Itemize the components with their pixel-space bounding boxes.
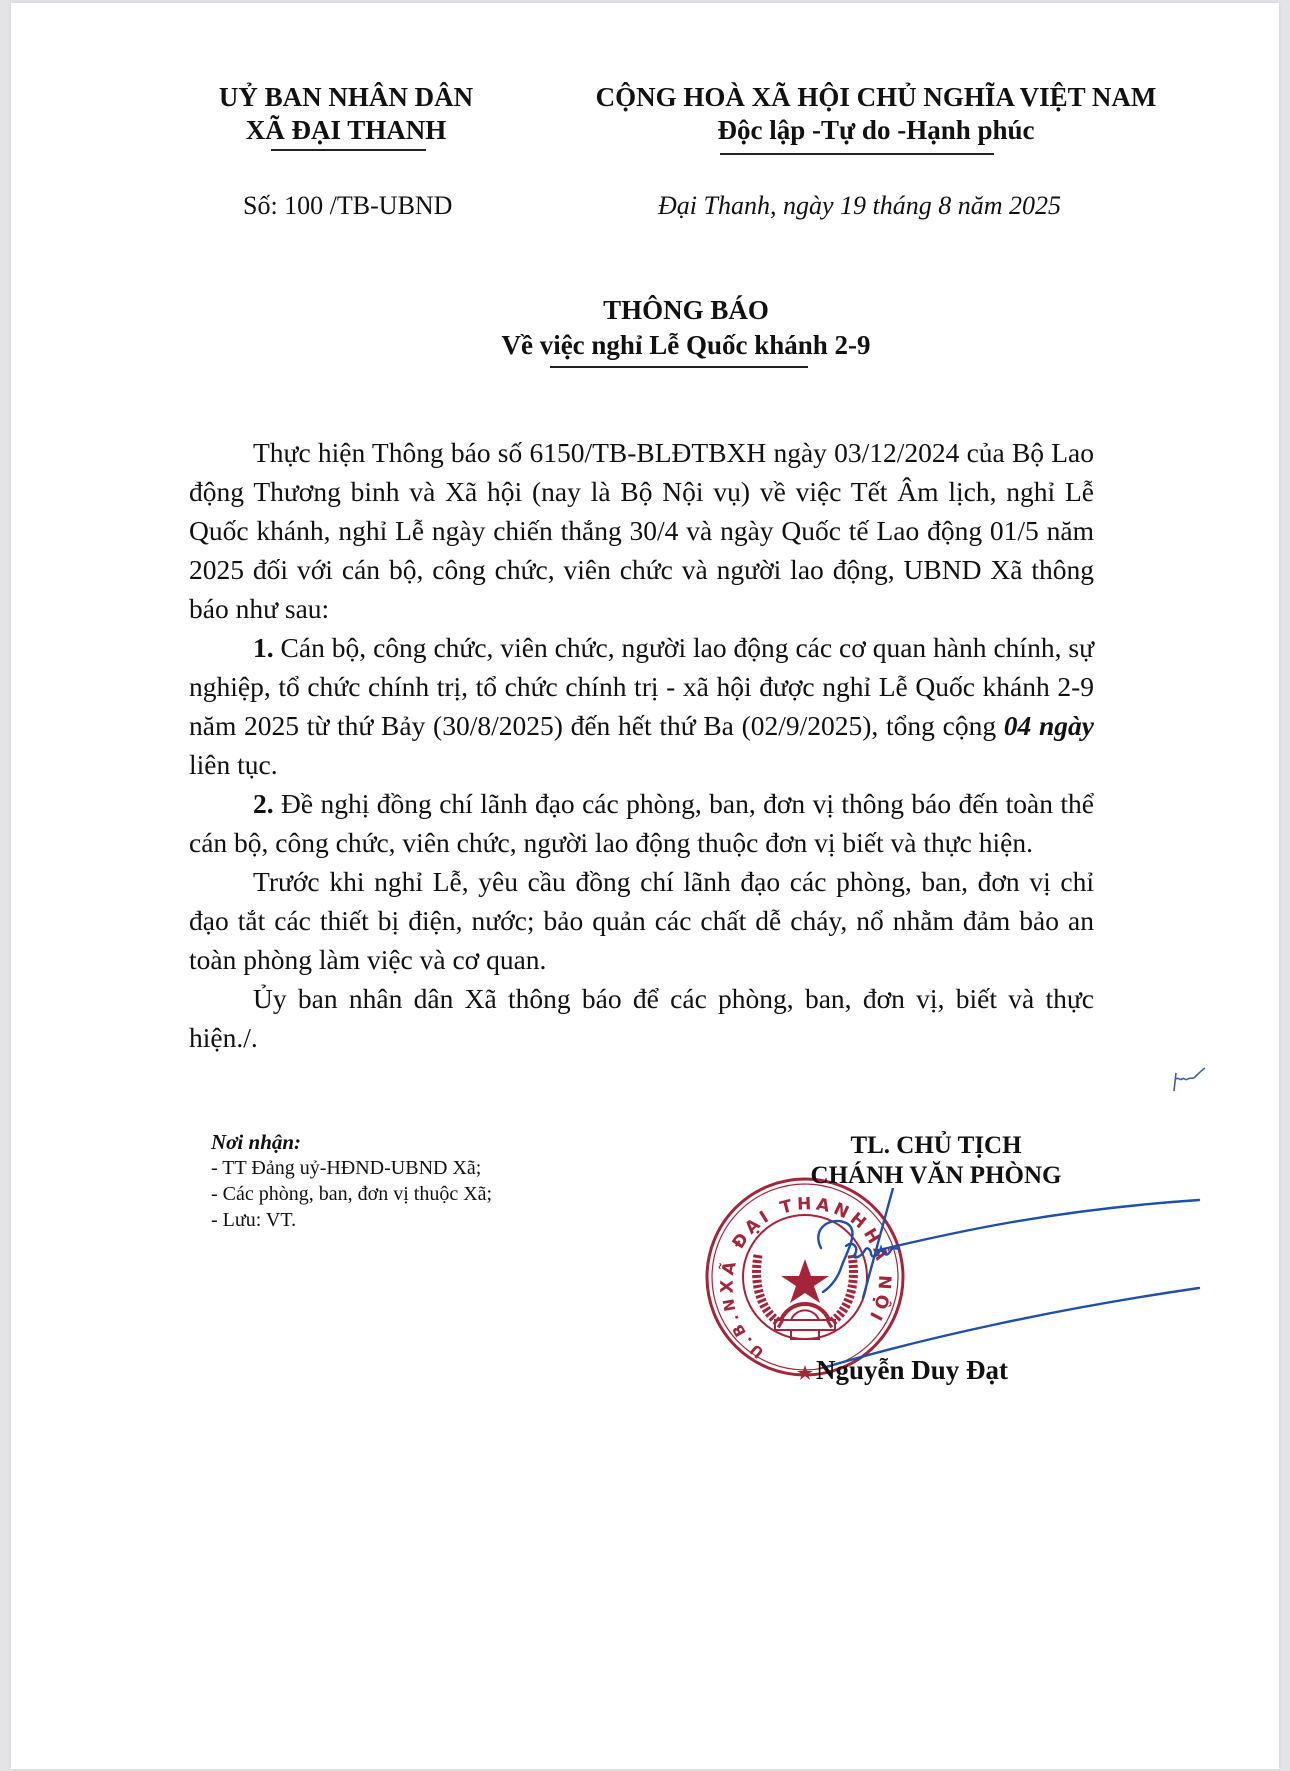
motto-line: Độc lập -Tự do -Hạnh phúc <box>556 114 1196 147</box>
item-2-text: Đề nghị đồng chí lãnh đạo các phòng, ban… <box>189 788 1094 858</box>
title-underline <box>550 366 808 368</box>
place-date: Đại Thanh, ngày 19 tháng 8 năm 2025 <box>658 191 1061 221</box>
item-1-emphasis: 04 ngày <box>1004 710 1094 741</box>
document-number: Số: 100 /TB-UBND <box>243 191 452 221</box>
recipients-heading: Nơi nhận: <box>211 1129 492 1155</box>
recipient-item: - Các phòng, ban, đơn vị thuộc Xã; <box>211 1181 492 1207</box>
national-motto: CỘNG HOÀ XÃ HỘI CHỦ NGHĨA VIỆT NAM Độc l… <box>556 81 1196 147</box>
national-title: CỘNG HOÀ XÃ HỘI CHỦ NGHĨA VIỆT NAM <box>556 81 1196 114</box>
closing-paragraph: Ủy ban nhân dân Xã thông báo để các phòn… <box>189 979 1094 1057</box>
item-1-paragraph: 1. Cán bộ, công chức, viên chức, người l… <box>189 628 1094 784</box>
item-2-number: 2. <box>253 788 274 819</box>
handwritten-signature-icon <box>801 1188 1201 1368</box>
title-subject: Về việc nghỉ Lễ Quốc khánh 2-9 <box>341 328 1031 363</box>
recipients-block: Nơi nhận: - TT Đảng uỷ-HĐND-UBND Xã; - C… <box>211 1129 492 1233</box>
item-2-paragraph: 2. Đề nghị đồng chí lãnh đạo các phòng, … <box>189 784 1094 862</box>
title-line1: THÔNG BÁO <box>341 293 1031 328</box>
document-title: THÔNG BÁO Về việc nghỉ Lễ Quốc khánh 2-9 <box>341 293 1031 363</box>
document-page: UỶ BAN NHÂN DÂN XÃ ĐẠI THANH Số: 100 /TB… <box>11 3 1279 1769</box>
motto-underline <box>720 153 994 155</box>
safety-paragraph: Trước khi nghỉ Lễ, yêu cầu đồng chí lãnh… <box>189 862 1094 979</box>
intro-paragraph: Thực hiện Thông báo số 6150/TB-BLĐTBXH n… <box>189 433 1094 628</box>
authority-underline <box>271 149 426 151</box>
item-1-tail: liên tục. <box>189 749 278 780</box>
recipient-item: - TT Đảng uỷ-HĐND-UBND Xã; <box>211 1155 492 1181</box>
signatory-title-2: CHÁNH VĂN PHÒNG <box>771 1161 1101 1191</box>
signature-block: TL. CHỦ TỊCH CHÁNH VĂN PHÒNG <box>771 1131 1101 1191</box>
recipient-item: - Lưu: VT. <box>211 1207 492 1233</box>
issuing-authority: UỶ BAN NHÂN DÂN XÃ ĐẠI THANH <box>181 81 511 147</box>
initial-mark-icon <box>1171 1065 1207 1095</box>
item-1-number: 1. <box>253 632 274 663</box>
document-body: Thực hiện Thông báo số 6150/TB-BLĐTBXH n… <box>189 433 1094 1057</box>
signer-name: Nguyễn Duy Đạt <box>816 1355 1008 1386</box>
item-1-text: Cán bộ, công chức, viên chức, người lao … <box>189 632 1094 741</box>
authority-line1: UỶ BAN NHÂN DÂN <box>181 81 511 114</box>
signatory-title-1: TL. CHỦ TỊCH <box>771 1131 1101 1161</box>
authority-line2: XÃ ĐẠI THANH <box>181 114 511 147</box>
